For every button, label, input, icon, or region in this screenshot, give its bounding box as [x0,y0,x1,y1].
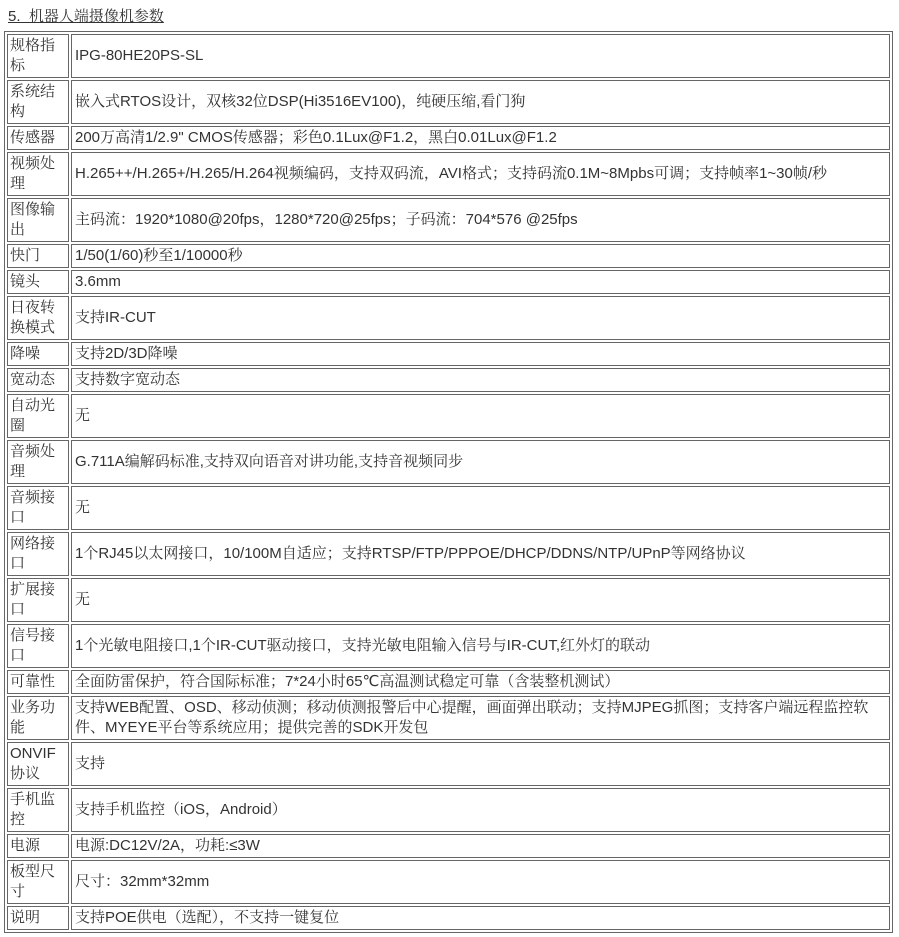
table-row: 说明支持POE供电（选配），不支持一键复位 [7,906,890,930]
table-row: 图像输出主码流：1920*1080@20fps，1280*720@25fps；子… [7,198,890,242]
table-row: 规格指标IPG-80HE20PS-SL [7,34,890,78]
table-row: 板型尺寸尺寸：32mm*32mm [7,860,890,904]
table-row: 信号接口1个光敏电阻接口,1个IR-CUT驱动接口，支持光敏电阻输入信号与IR-… [7,624,890,668]
spec-label: 自动光圈 [7,394,69,438]
spec-label: 日夜转换模式 [7,296,69,340]
table-row: 音频接口无 [7,486,890,530]
spec-value: 无 [71,394,890,438]
spec-value: G.711A编解码标准,支持双向语音对讲功能,支持音视频同步 [71,440,890,484]
spec-value: 支持手机监控（iOS，Android） [71,788,890,832]
spec-value: H.265++/H.265+/H.265/H.264视频编码，支持双码流，AVI… [71,152,890,196]
table-row: 手机监控支持手机监控（iOS，Android） [7,788,890,832]
spec-label: 快门 [7,244,69,268]
spec-label: 宽动态 [7,368,69,392]
camera-spec-table: 规格指标IPG-80HE20PS-SL系统结构嵌入式RTOS设计，双核32位DS… [4,31,893,933]
spec-value: 尺寸：32mm*32mm [71,860,890,904]
table-row: 业务功能支持WEB配置、OSD、移动侦测；移动侦测报警后中心提醒，画面弹出联动；… [7,696,890,740]
spec-value: 支持WEB配置、OSD、移动侦测；移动侦测报警后中心提醒，画面弹出联动；支持MJ… [71,696,890,740]
table-row: 系统结构嵌入式RTOS设计，双核32位DSP(Hi3516EV100)，纯硬压缩… [7,80,890,124]
spec-label: 扩展接口 [7,578,69,622]
spec-value: 支持数字宽动态 [71,368,890,392]
spec-label: 降噪 [7,342,69,366]
spec-value: 全面防雷保护，符合国际标准；7*24小时65℃高温测试稳定可靠（含装整机测试） [71,670,890,694]
page-title: 5. 机器人端摄像机参数 [8,8,895,26]
spec-label: 板型尺寸 [7,860,69,904]
spec-label: 可靠性 [7,670,69,694]
spec-label: 信号接口 [7,624,69,668]
spec-value: 1/50(1/60)秒至1/10000秒 [71,244,890,268]
spec-value: 支持2D/3D降噪 [71,342,890,366]
table-row: 传感器200万高清1/2.9" CMOS传感器；彩色0.1Lux@F1.2，黑白… [7,126,890,150]
spec-label: 电源 [7,834,69,858]
spec-value: 3.6mm [71,270,890,294]
spec-label: 音频处理 [7,440,69,484]
spec-value: 嵌入式RTOS设计，双核32位DSP(Hi3516EV100)，纯硬压缩,看门狗 [71,80,890,124]
spec-label: 系统结构 [7,80,69,124]
spec-value: 无 [71,578,890,622]
spec-value: 支持IR-CUT [71,296,890,340]
table-row: 网络接口1个RJ45以太网接口，10/100M自适应；支持RTSP/FTP/PP… [7,532,890,576]
spec-label: 视频处理 [7,152,69,196]
table-row: 扩展接口无 [7,578,890,622]
table-row: 电源电源:DC12V/2A，功耗:≤3W [7,834,890,858]
spec-label: 传感器 [7,126,69,150]
table-row: 视频处理H.265++/H.265+/H.265/H.264视频编码，支持双码流… [7,152,890,196]
table-row: 宽动态支持数字宽动态 [7,368,890,392]
spec-value: 电源:DC12V/2A，功耗:≤3W [71,834,890,858]
spec-label: 说明 [7,906,69,930]
spec-value: 支持 [71,742,890,786]
spec-label: 手机监控 [7,788,69,832]
table-row: ONVIF协议支持 [7,742,890,786]
table-row: 日夜转换模式支持IR-CUT [7,296,890,340]
spec-label: 业务功能 [7,696,69,740]
spec-value: 1个光敏电阻接口,1个IR-CUT驱动接口，支持光敏电阻输入信号与IR-CUT,… [71,624,890,668]
table-row: 可靠性全面防雷保护，符合国际标准；7*24小时65℃高温测试稳定可靠（含装整机测… [7,670,890,694]
table-row: 降噪支持2D/3D降噪 [7,342,890,366]
spec-label: 网络接口 [7,532,69,576]
spec-value: 主码流：1920*1080@20fps，1280*720@25fps；子码流：7… [71,198,890,242]
spec-value: 200万高清1/2.9" CMOS传感器；彩色0.1Lux@F1.2，黑白0.0… [71,126,890,150]
table-row: 音频处理G.711A编解码标准,支持双向语音对讲功能,支持音视频同步 [7,440,890,484]
table-row: 镜头3.6mm [7,270,890,294]
table-row: 自动光圈无 [7,394,890,438]
spec-label: 规格指标 [7,34,69,78]
spec-label: 音频接口 [7,486,69,530]
spec-value: IPG-80HE20PS-SL [71,34,890,78]
spec-table-body: 规格指标IPG-80HE20PS-SL系统结构嵌入式RTOS设计，双核32位DS… [7,34,890,930]
spec-label: 图像输出 [7,198,69,242]
spec-label: ONVIF协议 [7,742,69,786]
spec-document-page: 5. 机器人端摄像机参数 规格指标IPG-80HE20PS-SL系统结构嵌入式R… [0,0,899,937]
spec-value: 1个RJ45以太网接口，10/100M自适应；支持RTSP/FTP/PPPOE/… [71,532,890,576]
spec-value: 支持POE供电（选配），不支持一键复位 [71,906,890,930]
spec-value: 无 [71,486,890,530]
spec-label: 镜头 [7,270,69,294]
table-row: 快门1/50(1/60)秒至1/10000秒 [7,244,890,268]
